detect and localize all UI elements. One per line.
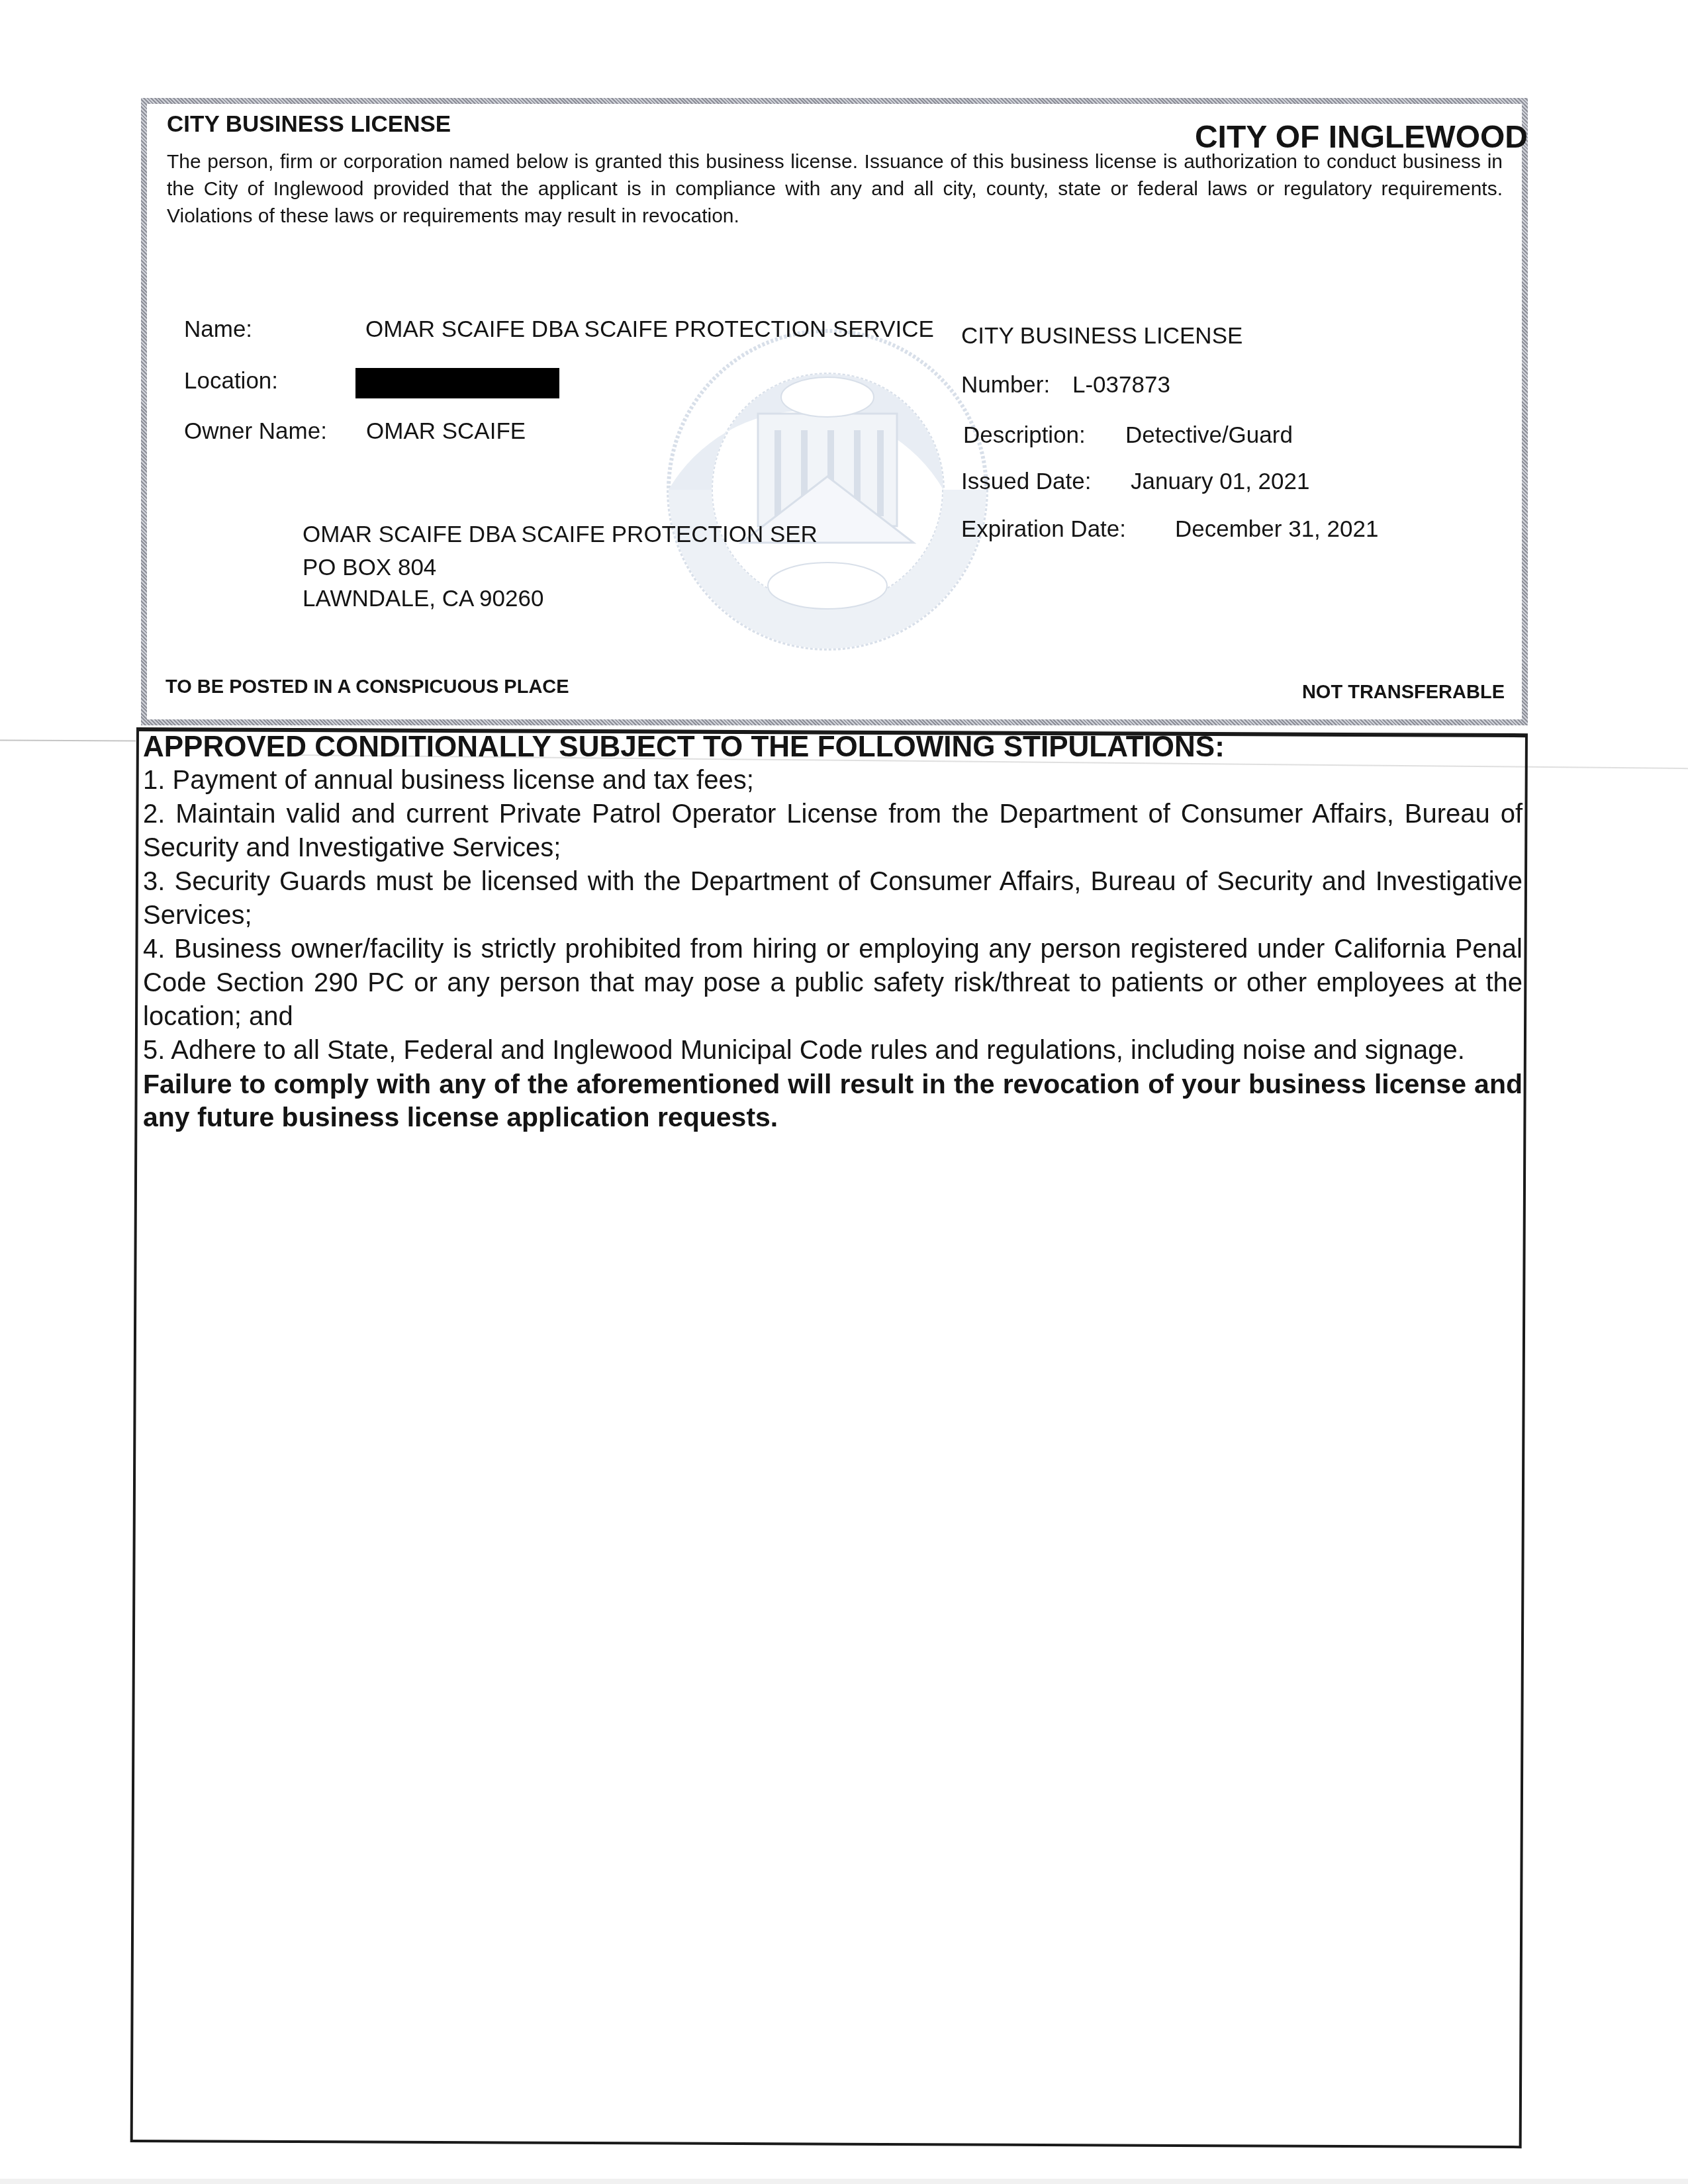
scan-edge bbox=[0, 2179, 1688, 2184]
stipulations-warning: Failure to comply with any of the aforem… bbox=[143, 1068, 1523, 1134]
location-redaction bbox=[355, 368, 559, 398]
not-transferable-notice: NOT TRANSFERABLE bbox=[1302, 682, 1505, 704]
expiration-date-label: Expiration Date: bbox=[961, 516, 1126, 543]
name-value: OMAR SCAIFE DBA SCAIFE PROTECTION SERVIC… bbox=[365, 316, 934, 343]
stipulations-heading: APPROVED CONDITIONALLY SUBJECT TO THE FO… bbox=[143, 731, 1523, 764]
right-panel-title: CITY BUSINESS LICENSE bbox=[961, 323, 1243, 349]
license-header-title: CITY BUSINESS LICENSE bbox=[167, 111, 451, 138]
mailing-address-line2: PO BOX 804 bbox=[303, 555, 436, 581]
stipulation-item: 2. Maintain valid and current Private Pa… bbox=[143, 797, 1523, 865]
stipulation-item: 4. Business owner/facility is strictly p… bbox=[143, 933, 1523, 1034]
license-intro-text: The person, firm or corporation named be… bbox=[167, 148, 1503, 230]
description-label: Description: bbox=[963, 422, 1086, 449]
location-label: Location: bbox=[184, 368, 278, 394]
stipulation-item: 5. Adhere to all State, Federal and Ingl… bbox=[143, 1034, 1523, 1068]
number-value: L-037873 bbox=[1072, 372, 1170, 398]
name-label: Name: bbox=[184, 316, 252, 343]
number-label: Number: bbox=[961, 372, 1050, 398]
issued-date-value: January 01, 2021 bbox=[1131, 469, 1309, 495]
mailing-address-line3: LAWNDALE, CA 90260 bbox=[303, 586, 543, 612]
expiration-date-value: December 31, 2021 bbox=[1175, 516, 1378, 543]
stipulation-item: 1. Payment of annual business license an… bbox=[143, 764, 1523, 797]
description-value: Detective/Guard bbox=[1125, 422, 1293, 449]
fold-crease-left bbox=[0, 739, 136, 741]
stipulation-item: 3. Security Guards must be licensed with… bbox=[143, 865, 1523, 933]
issued-date-label: Issued Date: bbox=[961, 469, 1092, 495]
mailing-address-line1: OMAR SCAIFE DBA SCAIFE PROTECTION SER bbox=[303, 522, 818, 548]
city-seal-icon bbox=[662, 324, 993, 655]
stipulations-content: APPROVED CONDITIONALLY SUBJECT TO THE FO… bbox=[143, 731, 1523, 1134]
owner-name-label: Owner Name: bbox=[184, 418, 327, 445]
owner-name-value: OMAR SCAIFE bbox=[366, 418, 526, 445]
posting-notice: TO BE POSTED IN A CONSPICUOUS PLACE bbox=[165, 676, 569, 698]
